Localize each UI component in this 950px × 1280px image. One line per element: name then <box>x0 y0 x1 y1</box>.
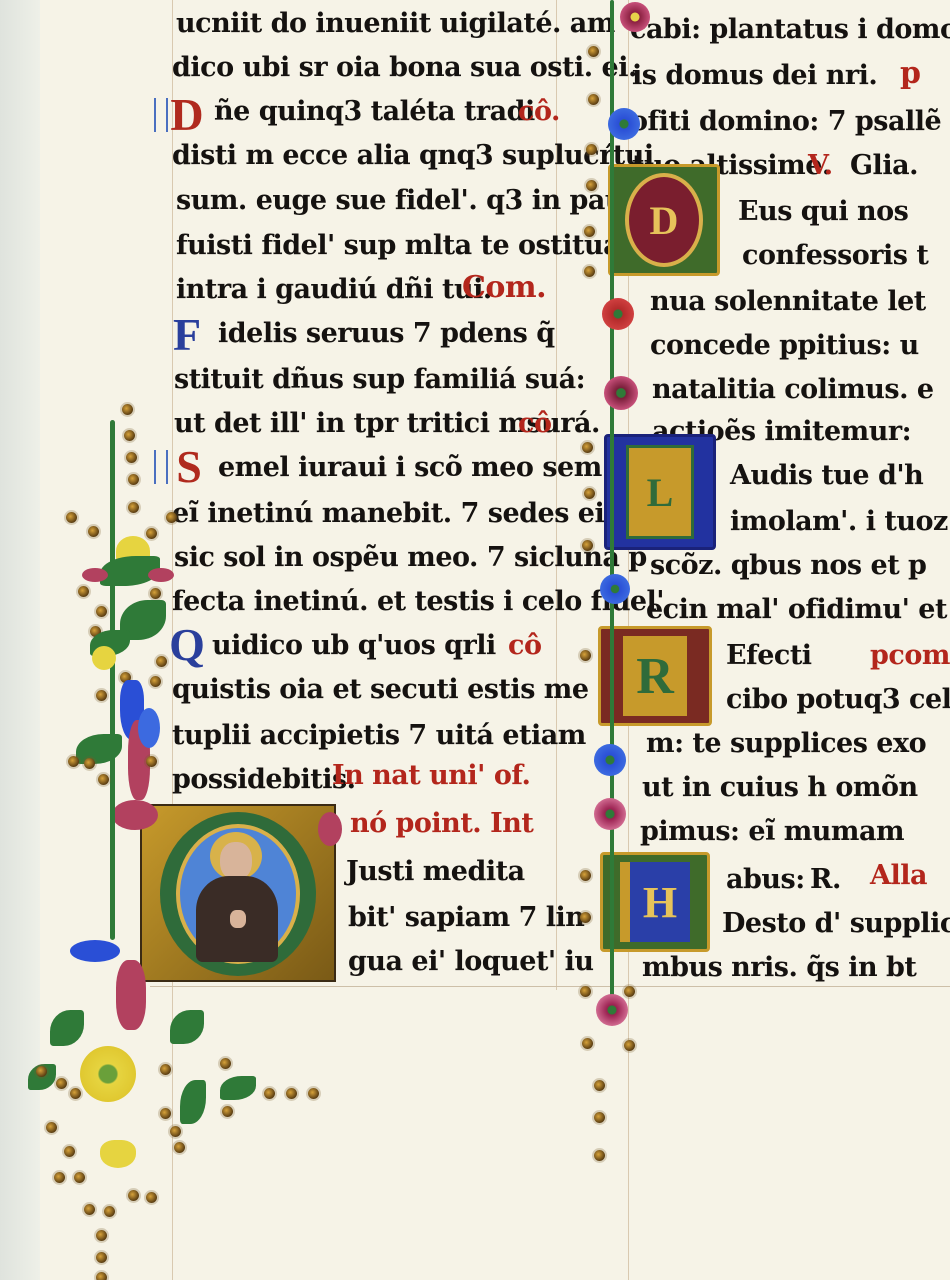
text-line: scõz. qbus nos et p <box>650 550 926 581</box>
text-line: ofiti domino: 7 psallẽ <box>630 106 941 137</box>
text-line: ucniit do inueniit uigilaté. am <box>176 8 615 39</box>
blue-rosette-icon <box>600 574 630 604</box>
blue-scroll-icon <box>70 940 120 962</box>
pink-scroll-icon <box>116 960 146 1030</box>
purple-rosette-icon <box>604 376 638 410</box>
initial-d: D <box>162 92 212 138</box>
text-line: ñe quinq3 taléta tradi <box>214 96 535 127</box>
text-line: cibo potuq3 cele <box>726 684 950 715</box>
rubric: V. <box>808 150 833 181</box>
rubric: Com. <box>462 270 546 305</box>
text-line: imolam'. i tuoz <box>730 506 948 537</box>
rubric: p <box>900 56 920 91</box>
purple-rosette-icon <box>620 2 650 32</box>
rubric: cô. <box>518 96 560 127</box>
text-line: gua ei' loquet' iu <box>348 946 593 977</box>
yellow-bud-icon <box>92 646 116 670</box>
pink-rosette-icon <box>594 798 626 830</box>
pink-rosette-icon <box>596 994 628 1026</box>
text-line: pimus: eĩ mumam <box>640 816 904 847</box>
rubric: Alla <box>870 860 927 891</box>
blue-rosette-icon <box>608 108 640 140</box>
rubric: cô <box>518 408 551 439</box>
center-floral-border <box>580 0 650 1160</box>
rubric: nó point. Int <box>350 808 533 839</box>
yellow-bud-icon <box>100 1140 136 1168</box>
text-line: Efecti <box>726 640 812 671</box>
text-line: bit' sapiam 7 lin <box>348 902 584 933</box>
text-line: intra i gaudiú dñi tui. <box>176 274 492 305</box>
text-line: Desto d' supplic <box>722 908 950 939</box>
text-line: fuisti fidel' sup mlta te ostituá <box>176 230 620 261</box>
text-line: dico ubi sr oia bona sua osti. ei. <box>172 52 637 83</box>
text-line: Eus qui nos <box>738 196 908 227</box>
text-line: confessoris t <box>742 240 928 271</box>
text-line: idelis seruus 7 pdens q̃ <box>218 318 555 349</box>
text-line: is domus dei nri. <box>632 60 877 91</box>
red-rosette-icon <box>602 298 634 330</box>
blue-scroll-icon <box>138 708 160 748</box>
text-line: concede ppitius: u <box>650 330 919 361</box>
text-line: Audis tue d'h <box>730 460 923 491</box>
initial-f: F <box>162 312 212 358</box>
left-floral-border <box>20 360 360 1280</box>
yellow-flower-icon <box>80 1046 136 1102</box>
text-line: Justi medita <box>346 856 525 887</box>
blue-rosette-icon <box>594 744 626 776</box>
text-line: ecin mal' ofidimu' et <box>646 594 947 625</box>
text-line: mbus nris. q̃s in bt <box>642 952 916 983</box>
text-line: m: te supplices exo <box>646 728 926 759</box>
text-line: ut in cuius h omõn <box>642 772 918 803</box>
response-mark: R. <box>810 864 841 895</box>
penwork-flourish <box>154 98 168 132</box>
text-line: nua solennitate let <box>650 286 926 317</box>
rubric: cô <box>508 630 541 661</box>
text-line: Glia. <box>850 150 918 181</box>
text-line: abus: <box>726 864 805 895</box>
rubric: In nat uni' of. <box>332 760 530 791</box>
text-line: cabi: plantatus i domo <box>630 14 950 45</box>
rubric: pcom <box>870 640 950 671</box>
text-line: natalitia colimus. e <box>652 374 934 405</box>
